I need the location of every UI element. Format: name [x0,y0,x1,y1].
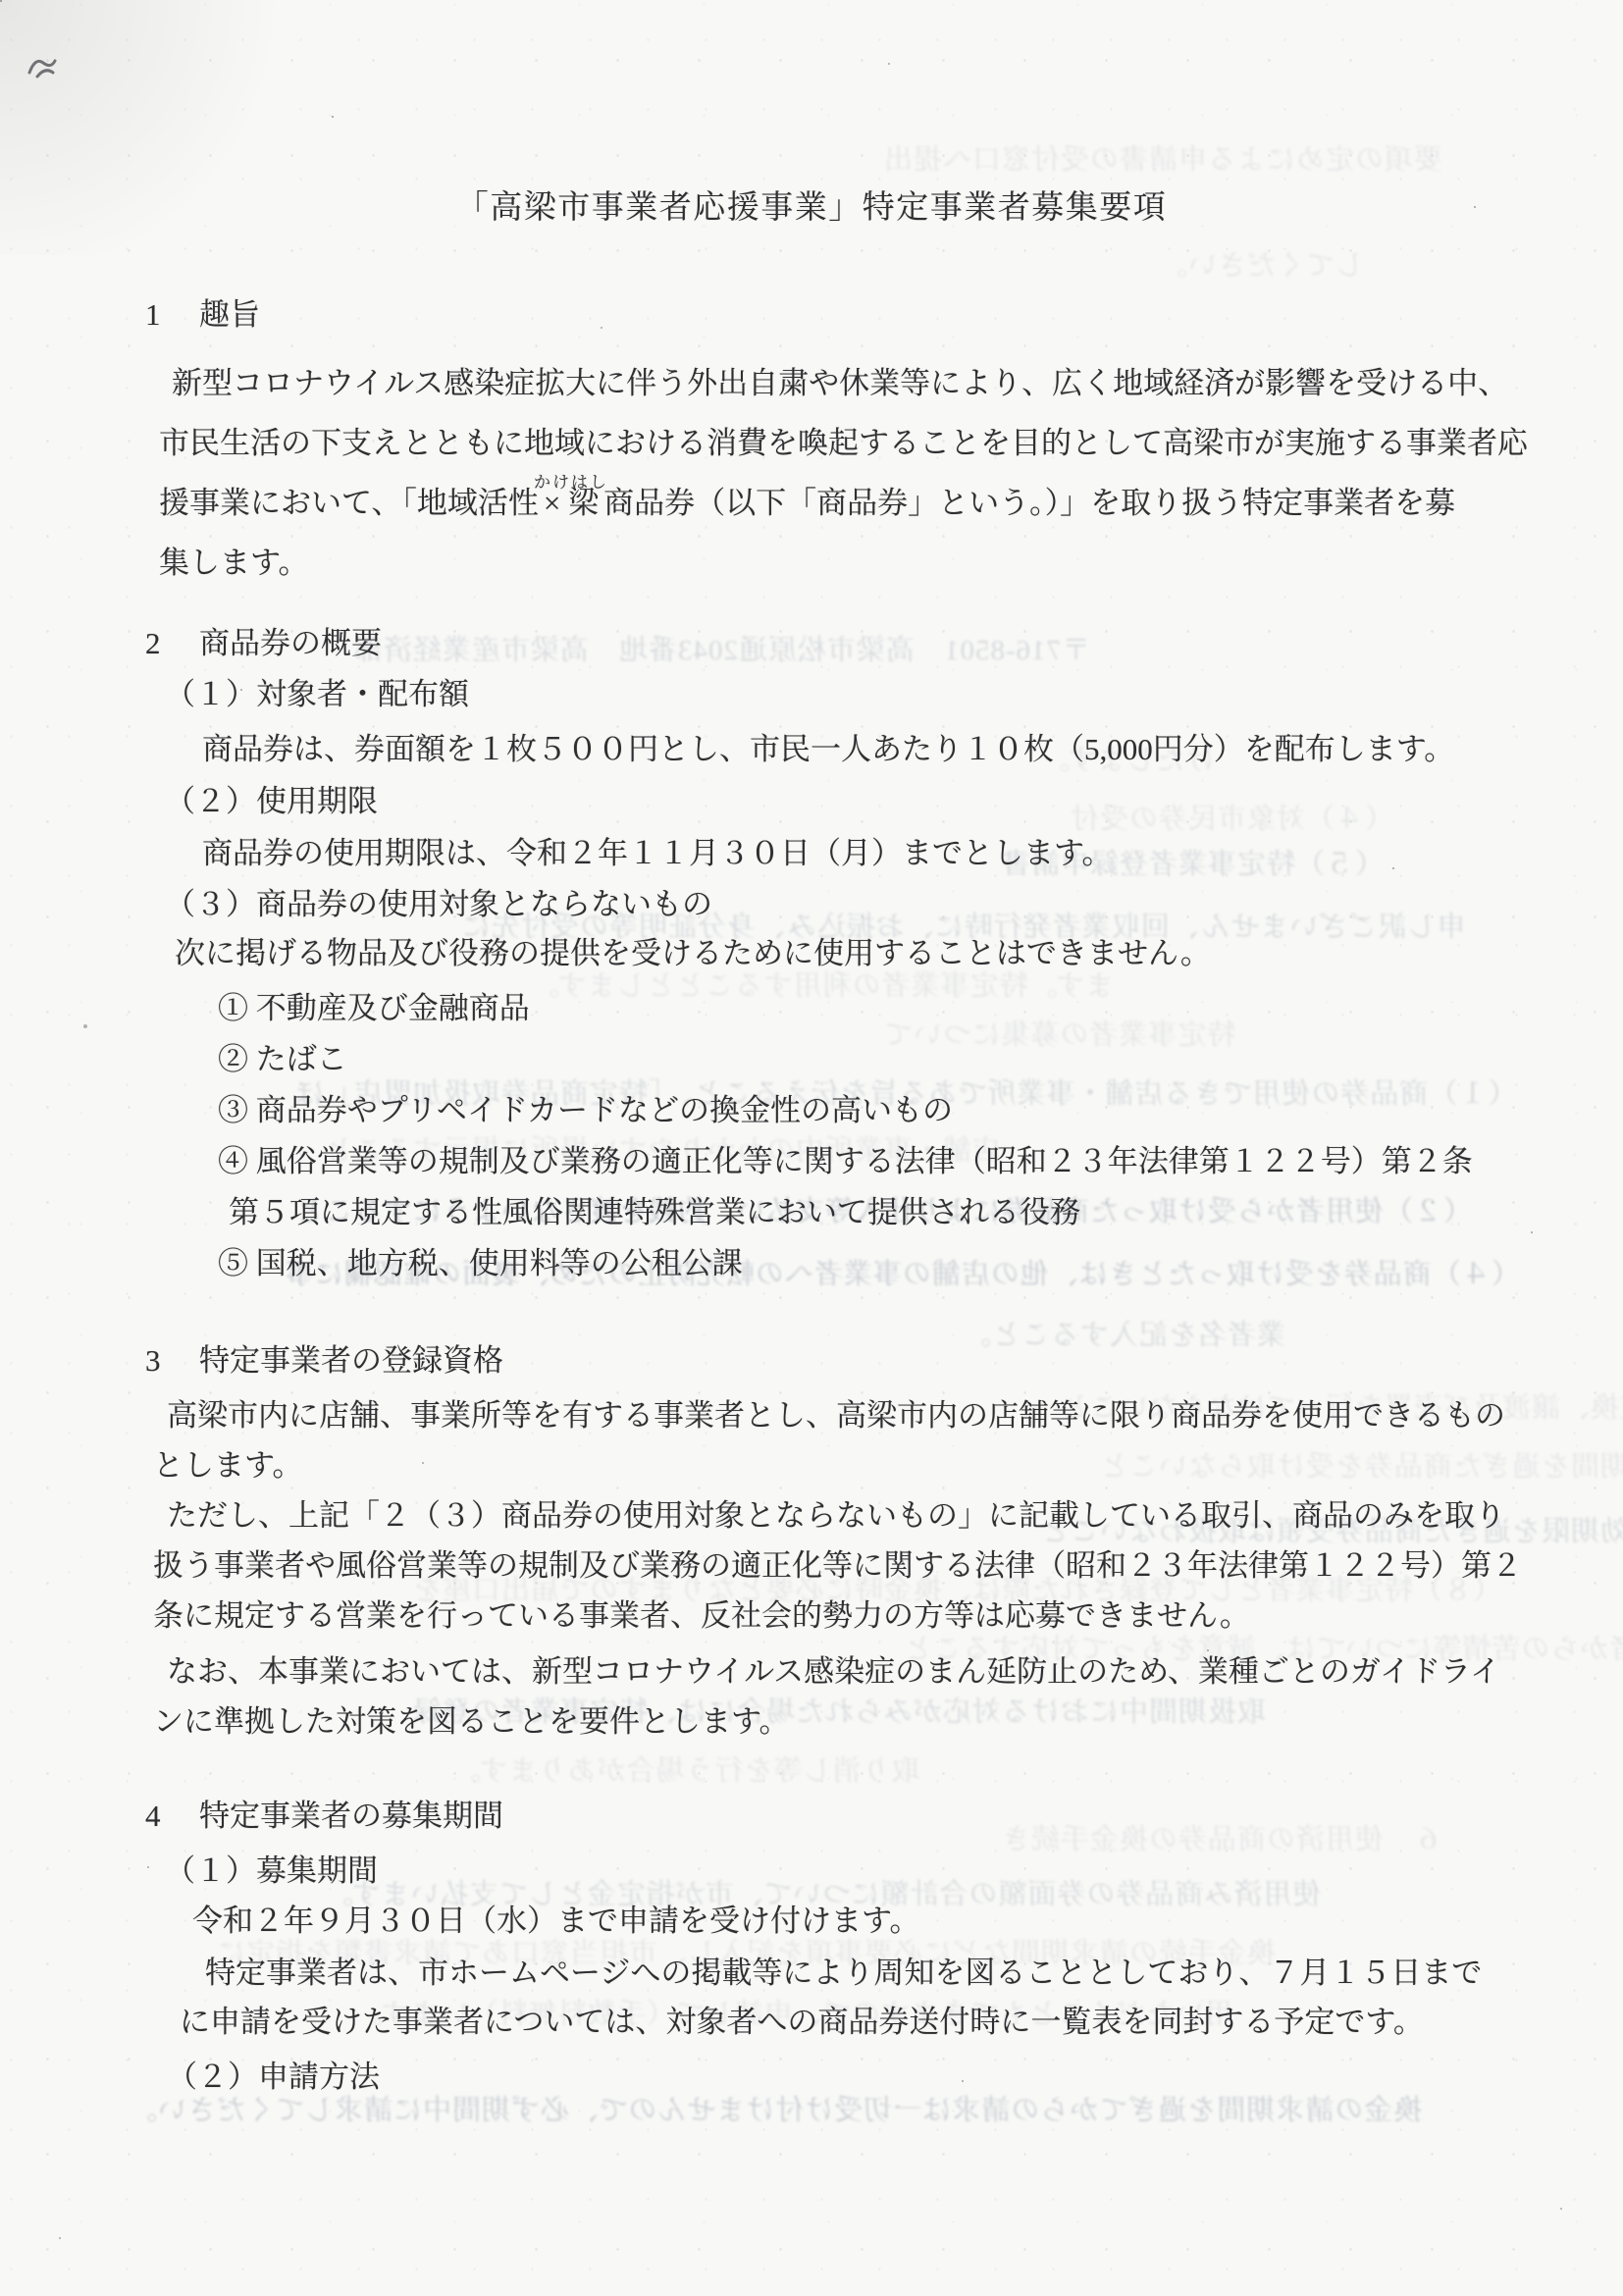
excluded-items-list: ① 不動産及び金融商品 ② たばこ ③ 商品券やプリペイドカードなどの換金性の高… [218,983,1473,1289]
text-line: 令和２年９月３０日（水）まで申請を受け付けます。 [180,1901,920,1942]
text-line: （３）商品券の使用対象とならないもの [165,884,712,925]
text-line: 高梁市内に店舗、事業所等を有する事業者とし、高梁市内の店舗等に限り商品券を使用で… [153,1390,1522,1440]
section-heading-text: 趣旨 [199,297,260,332]
section-number: 3 [145,1340,199,1382]
text-line: 扱う事業者や風俗営業等の規制及び業務の適正化等に関する法律（昭和２３年法律第１２… [153,1540,1522,1591]
section-heading-text: 特定事業者の募集期間 [199,1799,503,1833]
list-item: ④ 風俗営業等の規制及び業務の適正化等に関する法律（昭和２３年法律第１２２号）第… [218,1136,1473,1187]
section-2-heading: 2商品券の概要 [145,623,382,664]
section-number: 1 [145,294,199,336]
application-method-label: （２）申請方法 [167,2057,380,2098]
bleed-through-text: 業者名を記入すること。 [962,1313,1285,1353]
subsection-3-label: （３）商品券の使用対象とならないもの [165,884,712,925]
bleed-through-text: 要項の定めによる申請書の受付窓口へ提出 [883,137,1442,178]
subsection-1-body: 商品券は、券面額を１枚５００円とし、市民一人あたり１０枚（5,000円分）を配布… [177,729,1454,770]
ruby-annotated-text: かけはし× 梁 [544,473,599,533]
text-line: ただし、上記「２（３）商品券の使用対象とならないもの」に記載している取引、商品の… [153,1490,1522,1540]
section-4-heading: 4特定事業者の募集期間 [145,1796,503,1837]
scan-noise-specks [0,0,2,2]
recruitment-period-label: （１）募集期間 [165,1851,378,1892]
text-line: （１）募集期間 [165,1851,378,1892]
section-number: 2 [145,623,199,664]
text-line: なお、本事業においては、新型コロナウイルス感染症のまん延防止のため、業種ごとのガ… [153,1646,1500,1696]
text-line: （２）使用期限 [165,781,378,822]
scan-artifact-mark [26,51,69,92]
bleed-through-text: 〒716-8501 高梁市松原通2043番地 高梁市産業経済部 [353,628,1090,668]
text-line: 新型コロナウイルス感染症拡大に伴う外出自粛や休業等により、広く地域経済が影響を受… [159,353,1528,413]
list-item: ③ 商品券やプリペイドカードなどの換金性の高いもの [218,1085,1473,1136]
section-1-heading: 1趣旨 [145,294,260,336]
bleed-through-text: （４）対象市民券の受付 [1070,797,1393,837]
section-heading-text: 商品券の概要 [199,626,382,660]
text-line: 商品券は、券面額を１枚５００円とし、市民一人あたり１０枚（5,000円分）を配布… [177,729,1454,770]
bleed-through-text: ６ 使用済の商品券の換金手続き [1001,1817,1442,1857]
text-line: 商品券の使用期限は、令和２年１１月３０日（月）までとします。 [177,833,1113,874]
section-3-heading: 3特定事業者の登録資格 [145,1340,503,1382]
document-title: 「高梁市事業者応援事業」特定事業者募集要項 [0,186,1623,230]
text-line: 特定事業者は、市ホームページへの掲載等により周知を図ることとしており、７月１５日… [180,1949,1482,1998]
text-line: 援事業において、「地域活性かけはし× 梁商品券（以下「商品券」という。）」を取り… [159,473,1528,533]
text-segment: 援事業において、「地域活性 [159,486,539,520]
list-item: ② たばこ [218,1034,1473,1085]
bleed-through-text: 取り消し等を行う場合があります。 [451,1748,920,1789]
furigana-kakehashi: かけはし [534,452,608,512]
text-line: （１）対象者・配布額 [165,674,469,715]
section-3-note: なお、本事業においては、新型コロナウイルス感染症のまん延防止のため、業種ごとのガ… [153,1646,1500,1747]
document-page: 要項の定めによる申請書の受付窓口へ提出 してください。 〒716-8501 高梁… [0,0,1623,2296]
section-number: 4 [145,1796,199,1837]
section-1-body: 新型コロナウイルス感染症拡大に伴う外出自粛や休業等により、広く地域経済が影響を受… [159,353,1528,593]
subsection-3-body: 次に掲げる物品及び役務の提供を受けるために使用することはできません。 [175,933,1211,974]
list-item: ① 不動産及び金融商品 [218,983,1473,1034]
text-line: に申請を受けた事業者については、対象者への商品券送付時に一覧表を同封する予定です… [180,1998,1482,2047]
bleed-through-text: してください。 [1158,243,1364,284]
text-line: とします。 [153,1440,1522,1490]
text-line: 市民生活の下支えとともに地域における消費を喚起することを目的として高梁市が実施す… [159,413,1528,473]
text-line: ンに準拠した対策を図ることを要件とします。 [153,1696,1500,1747]
section-3-body: 高梁市内に店舗、事業所等を有する事業者とし、高梁市内の店舗等に限り商品券を使用で… [153,1390,1522,1641]
text-segment: 商品券（以下「商品券」という。）」を取り扱う特定事業者を募 [603,486,1455,520]
scanned-document: { "title": "「高梁市事業者応援事業」特定事業者募集要項", "s1"… [0,0,1623,2296]
subsection-1-label: （１）対象者・配布額 [165,674,469,715]
recruitment-period-body-2: 特定事業者は、市ホームページへの掲載等により周知を図ることとしており、７月１５日… [180,1949,1482,2047]
section-heading-text: 特定事業者の登録資格 [199,1343,503,1378]
text-line: （２）申請方法 [167,2057,380,2098]
text-line: 条に規定する営業を行っている事業者、反社会的勢力の方等は応募できません。 [153,1591,1522,1641]
text-line: 集します。 [159,533,1528,593]
list-item: ⑤ 国税、地方税、使用料等の公租公課 [218,1238,1473,1289]
recruitment-period-body-1: 令和２年９月３０日（水）まで申請を受け付けます。 [180,1901,920,1942]
text-line: 次に掲げる物品及び役務の提供を受けるために使用することはできません。 [175,933,1211,974]
subsection-2-body: 商品券の使用期限は、令和２年１１月３０日（月）までとします。 [177,833,1113,874]
list-item-continuation: 第５項に規定する性風俗関連特殊営業において提供される役務 [218,1187,1473,1238]
subsection-2-label: （２）使用期限 [165,781,378,822]
